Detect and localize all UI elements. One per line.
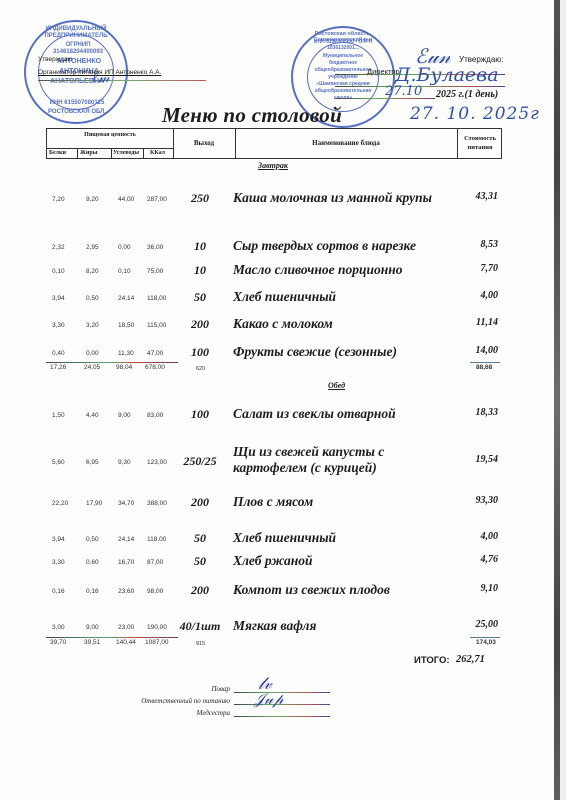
stamp-text: ОГРНИП 314618204400093 [48,42,108,55]
signature-line [38,80,206,81]
dish-yield: 200 [170,583,230,598]
nutrition-kcal: 75,00 [147,268,163,275]
approve-left-label: Утверждаю [38,56,161,63]
stamp-text: Муниципальное [315,54,371,60]
nutrition-fat: 17,90 [86,500,102,507]
nutrition-carbs: 34,70 [118,500,134,507]
dish-yield: 50 [170,554,230,569]
nutrition-protein: 3,30 [52,559,65,566]
dish-price: 19,54 [448,454,498,465]
stamp-text: ИНН 6132008350 • ОГРН 1036132001... [307,40,379,51]
total-price: 174,03 [476,639,496,646]
page-title: Меню по столовой [162,103,342,128]
total-kcal: 678,00 [145,364,165,371]
nutrition-kcal: 118,00 [147,295,166,302]
nutrition-kcal: 87,00 [147,559,163,566]
dish-name: Каша молочная из манной крупы [233,190,432,206]
total-yield: 915 [196,641,205,647]
dish-yield: 50 [170,290,230,305]
signature-role-nurse: Медсестра [80,709,230,717]
handwritten-signature-responsible: 𝒥𝓊𝓅 [254,690,284,708]
stamp-text: учреждение [315,75,371,81]
handwritten-day: 27.10 [385,84,422,99]
nutrition-protein: 0,10 [52,268,65,275]
dish-name: Хлеб пшеничный [233,530,336,546]
dish-name-line: Щи из свежей капусты с [233,444,384,460]
nutrition-protein: 1,50 [52,412,65,419]
dish-name: Салат из свеклы отварной [233,406,396,422]
nutrition-carbs: 9,30 [118,459,131,466]
dish-price: 4,00 [448,531,498,542]
nutrition-carbs: 23,00 [118,624,134,631]
scan-edge-shadow [554,0,560,800]
header-cost: Стоимость питания [459,134,501,152]
total-yield: 620 [196,366,205,372]
price-totals-divider [470,637,500,638]
dish-price: 4,76 [448,554,498,565]
section-label: Завтрак [258,161,288,170]
dish-name: Щи из свежей капусты скартофелем (с кури… [233,444,384,476]
dish-yield: 250/25 [170,454,230,469]
nutrition-carbs: 16,70 [118,559,134,566]
header-yield: Выход [173,139,235,147]
nutrition-kcal: 190,00 [147,624,167,631]
total-price: 88,68 [476,364,492,371]
nutrition-fat: 3,20 [86,322,99,329]
dish-price: 14,00 [448,345,498,356]
nutrition-protein: 2,32 [52,244,65,251]
dish-name: Масло сливочное порционно [233,262,403,278]
dish-yield: 50 [170,531,230,546]
nutrition-protein: 7,20 [52,196,65,203]
dish-yield: 200 [170,495,230,510]
handwritten-director-name: Д.Булаева [395,64,499,86]
dish-price: 11,14 [448,317,498,328]
handwritten-signature-left: ℓ𝓂 [92,70,110,87]
signature-role-cook: Повар [80,685,230,693]
header-dish-name: Наименование блюда [235,139,457,147]
dish-price: 7,70 [448,263,498,274]
dish-price: 9,10 [448,583,498,594]
dish-price: 18,33 [448,407,498,418]
stamp-text: ИНН 615507080125 [44,100,110,107]
stamp-text: общеобразовательная [311,89,375,95]
nutrition-carbs: 24,14 [118,295,134,302]
dish-price: 93,30 [448,495,498,506]
header-kcal: ККал [150,150,165,156]
total-fat: 39,51 [84,639,100,646]
total-kcal: 1087,00 [145,639,169,646]
total-protein: 39,70 [50,639,66,646]
nutrition-fat: 9,20 [86,196,99,203]
dish-price: 43,31 [448,191,498,202]
nutrition-kcal: 123,00 [147,459,167,466]
nutrition-fat: 0,00 [86,350,99,357]
nurse-sign-line [234,716,330,717]
nutrition-fat: 4,40 [86,412,99,419]
nutrition-protein: 3,30 [52,322,65,329]
signature-role-responsible: Ответственный по питанию [80,697,230,705]
dish-price: 4,00 [448,290,498,301]
header-protein: Белки [49,150,66,156]
nutrition-carbs: 9,00 [118,412,131,419]
nutrition-fat: 9,00 [86,624,99,631]
dish-yield: 250 [170,191,230,206]
stamp-text: РОСТОВСКАЯ ОБЛ. [44,109,110,116]
stamp-text: ИНДИВИДУАЛЬНЫЙ ПРЕДПРИНИМАТЕЛЬ [40,26,112,39]
nutrition-kcal: 388,00 [147,500,167,507]
header-fat: Жиры [80,150,97,156]
dish-yield: 40/1шт [170,619,230,634]
nutrition-fat: 0,16 [86,588,99,595]
nutrition-protein: 0,40 [52,350,65,357]
date-suffix: 2025 г.(1 день) [436,89,498,100]
nutrition-carbs: 44,00 [118,196,134,203]
header-carbs: Углеводы [113,150,139,156]
nutrition-protein: 3,94 [52,536,65,543]
dish-name: Плов с мясом [233,494,313,510]
nutrition-carbs: 0,00 [118,244,131,251]
header-nutrition: Пищевая ценность [47,132,173,138]
total-carbs: 98,04 [116,364,132,371]
nutrition-fat: 0,50 [86,295,99,302]
nutrition-protein: 3,00 [52,624,65,631]
nutrition-carbs: 11,30 [118,350,134,357]
nutrition-kcal: 47,00 [147,350,163,357]
nutrition-fat: 2,95 [86,244,99,251]
dish-yield: 10 [170,263,230,278]
dish-yield: 200 [170,317,230,332]
dish-name: Фрукты свежие (сезонные) [233,344,397,360]
totals-divider [46,637,178,638]
approve-right-label: Утверждаю: [459,55,504,64]
nutrition-kcal: 98,00 [147,588,163,595]
stamp-text: бюджетное [315,61,371,67]
total-protein: 17,26 [50,364,66,371]
nutrition-fat: 0,60 [86,559,99,566]
price-totals-divider [470,362,500,363]
totals-divider [46,362,178,363]
nutrition-protein: 0,16 [52,588,65,595]
dish-yield: 10 [170,239,230,254]
nutrition-fat: 0,50 [86,536,99,543]
handwritten-date: 27. 10. 2025г [410,104,540,124]
dish-yield: 100 [170,407,230,422]
dish-price: 25,00 [448,619,498,630]
grand-total-label: ИТОГО: [414,655,450,666]
scan-margin [560,0,566,800]
nutrition-carbs: 18,50 [118,322,134,329]
dish-name: Какао с молоком [233,316,333,332]
nutrition-kcal: 118,00 [147,536,166,543]
dish-name: Сыр твердых сортов в нарезке [233,238,416,254]
dish-name: Мягкая вафля [233,618,316,634]
nutrition-carbs: 23,60 [118,588,134,595]
nutrition-carbs: 0,10 [118,268,131,275]
total-fat: 24,05 [84,364,100,371]
nutrition-fat: 6,95 [86,459,99,466]
grand-total-value: 262,71 [456,654,485,665]
dish-name: Хлеб пшеничный [233,289,336,305]
nutrition-kcal: 83,00 [147,412,163,419]
nutrition-protein: 22,20 [52,500,68,507]
nutrition-protein: 5,60 [52,459,65,466]
total-carbs: 140,44 [116,639,136,646]
dish-name: Компот из свежих плодов [233,582,390,598]
nutrition-kcal: 115,00 [147,322,166,329]
table-header: Пищевая ценность Белки Жиры Углеводы ККа… [46,128,502,159]
section-label: Обед [328,381,345,390]
nutrition-carbs: 24,14 [118,536,134,543]
nutrition-protein: 3,94 [52,295,65,302]
dish-name: Хлеб ржаной [233,553,312,569]
nutrition-kcal: 287,00 [147,196,167,203]
nutrition-fat: 8,20 [86,268,99,275]
dish-price: 8,53 [448,239,498,250]
stamp-text: общеобразовательное [311,68,375,74]
nutrition-kcal: 36,00 [147,244,163,251]
dish-name-line: картофелем (с курицей) [233,460,384,476]
dish-yield: 100 [170,345,230,360]
